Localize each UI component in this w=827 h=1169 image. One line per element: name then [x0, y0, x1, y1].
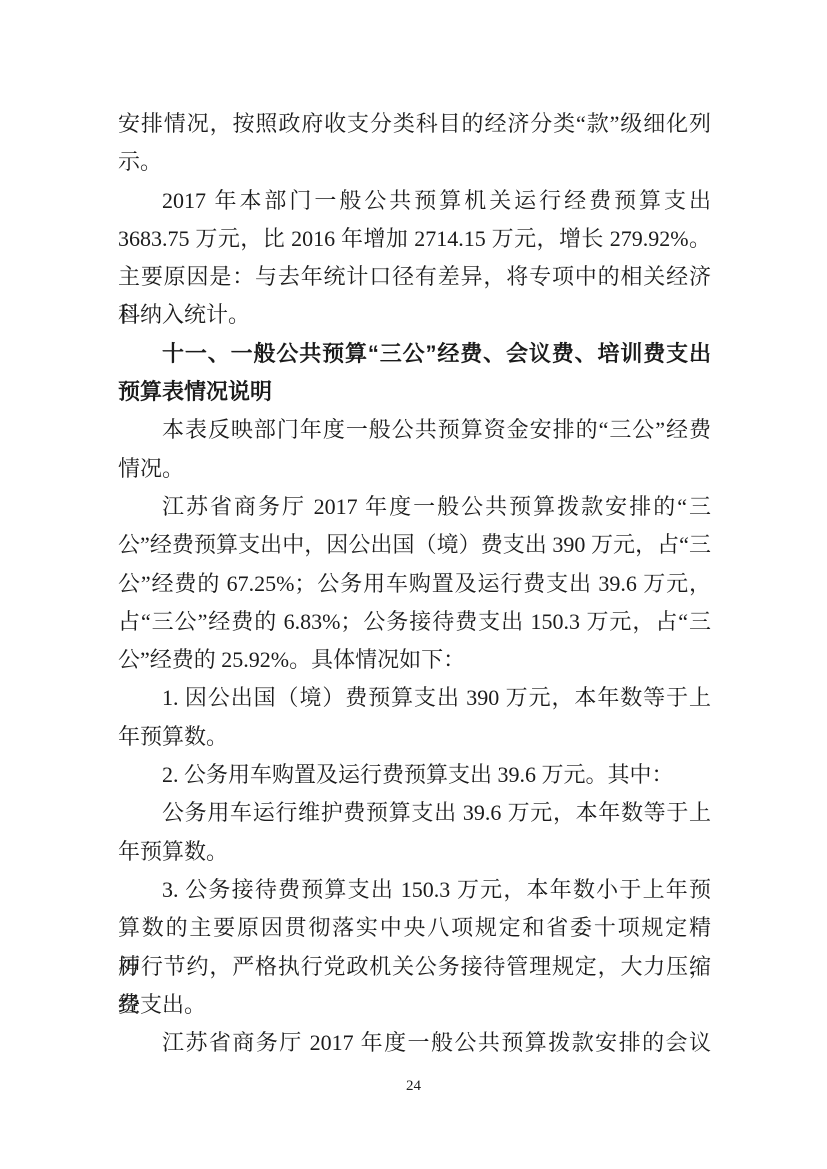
text-line: 算数的主要原因贯彻落实中央八项规定和省委十项规定精神， [118, 909, 711, 947]
text-line: 目纳入统计。 [118, 296, 711, 334]
text-line: 公”经费的 67.25%；公务用车购置及运行费支出 39.6 万元， [118, 565, 711, 603]
text-line: 情况。 [118, 450, 711, 488]
text-line: 示。 [118, 143, 711, 181]
document-page: 安排情况，按照政府收支分类科目的经济分类“款”级细化列 示。 2017 年本部门… [0, 0, 827, 1169]
text-line: 3683.75 万元，比 2016 年增加 2714.15 万元，增长 279.… [118, 220, 711, 258]
text-line: 公务用车运行维护费预算支出 39.6 万元，本年数等于上 [118, 794, 711, 832]
text-line: 2017 年本部门一般公共预算机关运行经费预算支出 [118, 182, 711, 220]
text-line: 年预算数。 [118, 833, 711, 871]
text-line: 费支出。 [118, 986, 711, 1024]
document-text-block: 安排情况，按照政府收支分类科目的经济分类“款”级细化列 示。 2017 年本部门… [118, 105, 711, 1062]
text-line: 1. 因公出国（境）费预算支出 390 万元，本年数等于上 [118, 679, 711, 717]
text-line: 2. 公务用车购置及运行费预算支出 39.6 万元。其中： [118, 756, 711, 794]
text-line: 江苏省商务厅 2017 年度一般公共预算拨款安排的“三 [118, 488, 711, 526]
text-line: 年预算数。 [118, 718, 711, 756]
page-number: 24 [0, 1078, 827, 1095]
text-line: 本表反映部门年度一般公共预算资金安排的“三公”经费 [118, 411, 711, 449]
text-line: 安排情况，按照政府收支分类科目的经济分类“款”级细化列 [118, 105, 711, 143]
text-line: 占“三公”经费的 6.83%；公务接待费支出 150.3 万元，占“三 [118, 603, 711, 641]
text-line: 公”经费预算支出中，因公出国（境）费支出 390 万元，占“三 [118, 526, 711, 564]
section-heading: 预算表情况说明 [118, 373, 711, 411]
text-line: 公”经费的 25.92%。具体情况如下： [118, 641, 711, 679]
text-line: 3. 公务接待费预算支出 150.3 万元，本年数小于上年预 [118, 871, 711, 909]
text-line: 主要原因是：与去年统计口径有差异，将专项中的相关经济科 [118, 258, 711, 296]
section-heading: 十一、一般公共预算“三公”经费、会议费、培训费支出 [118, 335, 711, 373]
text-line: 厉行节约，严格执行党政机关公务接待管理规定，大力压缩经 [118, 948, 711, 986]
text-line: 江苏省商务厅 2017 年度一般公共预算拨款安排的会议 [118, 1024, 711, 1062]
